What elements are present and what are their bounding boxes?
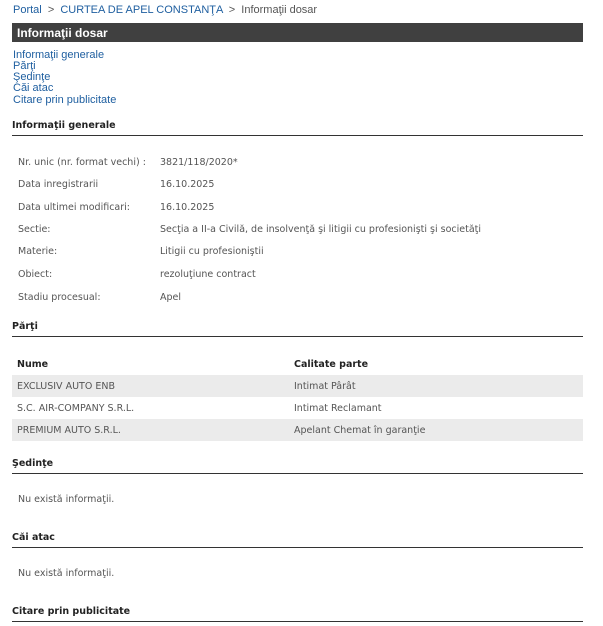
info-value: Litigii cu profesioniştii	[160, 246, 264, 257]
section-heading-general: Informaţii generale	[12, 120, 583, 136]
cell-nume: PREMIUM AUTO S.R.L.	[17, 425, 121, 436]
info-value: 3821/118/2020*	[160, 157, 238, 168]
cai-atac-empty-message: Nu există informaţii.	[18, 568, 114, 579]
info-label: Stadiu procesual:	[18, 292, 101, 303]
column-header-nume: Nume	[17, 359, 48, 370]
page-title: Informaţii dosar	[17, 26, 108, 40]
section-heading-cai-atac: Căi atac	[12, 532, 583, 548]
info-row-data-modificari: Data ultimei modificari: 16.10.2025	[18, 202, 130, 213]
info-label: Obiect:	[18, 269, 52, 280]
sedinte-empty-message: Nu există informaţii.	[18, 494, 114, 505]
breadcrumb-court[interactable]: CURTEA DE APEL CONSTANŢA	[60, 4, 222, 16]
info-row-materie: Materie: Litigii cu profesioniştii	[18, 246, 57, 257]
column-header-calitate: Calitate parte	[294, 359, 368, 370]
toc-link-cai-atac[interactable]: Căi atac	[13, 83, 116, 94]
info-label: Sectie:	[18, 224, 51, 235]
table-row: S.C. AIR-COMPANY S.R.L. Intimat Reclaman…	[12, 397, 583, 419]
info-label: Nr. unic (nr. format vechi) :	[18, 157, 146, 168]
breadcrumb-separator: >	[48, 4, 54, 16]
cell-nume: S.C. AIR-COMPANY S.R.L.	[17, 403, 134, 414]
info-value: Secţia a II-a Civilă, de insolvenţă şi l…	[160, 224, 481, 235]
table-of-contents: Informaţii generale Părţi Şedinţe Căi at…	[13, 50, 116, 106]
parti-table: Nume Calitate parte EXCLUSIV AUTO ENB In…	[12, 353, 583, 441]
table-header: Nume Calitate parte	[12, 353, 583, 375]
section-heading-sedinte: Şedinţe	[12, 458, 583, 474]
info-label: Data inregistrarii	[18, 179, 98, 190]
cell-calitate: Intimat Pârât	[294, 381, 356, 392]
info-row-nr-unic: Nr. unic (nr. format vechi) : 3821/118/2…	[18, 157, 146, 168]
info-row-stadiu: Stadiu procesual: Apel	[18, 292, 101, 303]
page-title-bar: Informaţii dosar	[12, 23, 583, 42]
info-value: 16.10.2025	[160, 179, 214, 190]
breadcrumb: Portal > CURTEA DE APEL CONSTANŢA > Info…	[13, 4, 317, 16]
info-value: 16.10.2025	[160, 202, 214, 213]
section-heading-parti: Părţi	[12, 321, 583, 337]
breadcrumb-portal[interactable]: Portal	[13, 4, 42, 16]
info-value: rezoluţiune contract	[160, 269, 256, 280]
cell-nume: EXCLUSIV AUTO ENB	[17, 381, 115, 392]
breadcrumb-current: Informaţii dosar	[241, 4, 317, 16]
info-row-data-inregistrarii: Data inregistrarii 16.10.2025	[18, 179, 98, 190]
info-label: Materie:	[18, 246, 57, 257]
info-row-sectie: Sectie: Secţia a II-a Civilă, de insolve…	[18, 224, 51, 235]
breadcrumb-separator: >	[229, 4, 235, 16]
info-value: Apel	[160, 292, 181, 303]
table-row: PREMIUM AUTO S.R.L. Apelant Chemat în ga…	[12, 419, 583, 441]
info-row-obiect: Obiect: rezoluţiune contract	[18, 269, 52, 280]
section-heading-citare: Citare prin publicitate	[12, 606, 583, 622]
toc-link-citare[interactable]: Citare prin publicitate	[13, 95, 116, 106]
table-row: EXCLUSIV AUTO ENB Intimat Pârât	[12, 375, 583, 397]
info-label: Data ultimei modificari:	[18, 202, 130, 213]
cell-calitate: Intimat Reclamant	[294, 403, 382, 414]
cell-calitate: Apelant Chemat în garanţie	[294, 425, 425, 436]
